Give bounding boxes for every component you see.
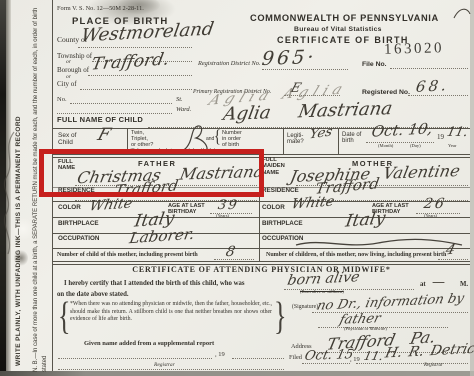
street-no-label: No. <box>57 96 67 103</box>
margin-note-write-plainly: WRITE PLAINLY, WITH UNFADING INK—THIS IS… <box>15 116 22 366</box>
footnote-brace-left: { <box>58 296 70 338</box>
street-label: St. <box>176 96 183 103</box>
children-living-label: Number of children, of this mother, now … <box>266 252 446 258</box>
registrar-label-right: Registrar <box>424 363 443 368</box>
order-brace: { <box>214 128 221 148</box>
children-living-line <box>438 258 468 260</box>
child-number-label: Number of child of this mother, includin… <box>57 252 198 258</box>
day-sublabel: (Day) <box>410 144 421 149</box>
father-age-value: 39 <box>217 199 240 212</box>
pen-mark-top-right <box>452 4 472 22</box>
month-sublabel: (Month) <box>378 144 393 149</box>
registrar-signature-line <box>356 362 468 364</box>
child-number-line <box>214 258 254 260</box>
file-no-label: File No. <box>362 61 387 68</box>
signature-value-line2: father <box>338 312 382 326</box>
mother-age-line <box>416 212 460 214</box>
scan-bottom-edge <box>0 371 474 376</box>
county-value: Westmoreland <box>80 21 215 46</box>
mother-age-value: 26 <box>423 197 447 211</box>
borough-label: Borough of <box>57 67 89 75</box>
blank-date-prefix: , 19 <box>215 351 225 358</box>
father-color-label: COLOR <box>58 205 81 212</box>
township-label: Township of <box>57 53 92 61</box>
mother-birthplace-value: Italy <box>344 210 386 230</box>
column-divider <box>338 128 339 154</box>
certify-text: I hereby certify that I attended the bir… <box>64 280 245 287</box>
filed-year-value: 11. <box>363 350 385 362</box>
child-number-value: 8 <box>225 245 237 259</box>
father-occupation-label: OCCUPATION <box>58 236 99 243</box>
year-sublabel: Year <box>448 144 456 149</box>
m-label: M. <box>460 281 468 288</box>
twin-label: Twin, Triplet, or other? <box>131 130 153 148</box>
legitimate-label: Legiti- mate? <box>287 133 304 146</box>
father-occupation-value: Laborer. <box>128 227 196 246</box>
date-of-birth-line <box>366 141 434 143</box>
child-name-value: Aglia Mastriana <box>222 100 394 124</box>
given-name-note: Given name added from a supplemental rep… <box>84 340 214 347</box>
birth-certificate-scan: WRITE PLAINLY, WITH UNFADING INK—THIS IS… <box>0 0 474 376</box>
signature-label: (Signature) <box>292 304 318 310</box>
physician-title: CERTIFICATE OF ATTENDING PHYSICIAN OR MI… <box>53 266 470 275</box>
born-alive-note: (Born alive or stillborn) <box>300 290 344 295</box>
street-no-line <box>70 102 172 104</box>
mother-maidenname-label: FULL MAIDEN NAME <box>262 157 285 176</box>
filed-value: Oct. 15 <box>303 348 354 363</box>
city-line <box>80 88 192 90</box>
ward-label: Ward. <box>176 106 191 113</box>
blank-date-line <box>58 357 212 359</box>
signature-value-line1: no Dr., information by <box>315 292 465 313</box>
rule <box>53 217 470 218</box>
registrar-label-left: Registrar <box>152 363 177 369</box>
rule <box>53 233 470 234</box>
column-divider <box>283 128 284 154</box>
physician-footnote: *When there was no attending physician o… <box>70 301 272 324</box>
ward-line <box>57 112 172 114</box>
filed-line <box>302 362 350 364</box>
registered-no-label: Registered No. <box>362 89 410 96</box>
signature-line1 <box>312 311 468 313</box>
at-label: at <box>420 281 426 288</box>
order-label: Number in order of birth <box>222 130 242 148</box>
year-prefix: 19 <box>437 134 444 142</box>
date-of-birth-value: Oct. 10, <box>371 121 434 139</box>
rule <box>53 248 470 249</box>
sex-value: F <box>96 127 113 144</box>
father-name-highlight-box <box>39 149 264 197</box>
registration-district-value: 965· <box>261 48 318 69</box>
registration-district-label: Registration District No. <box>198 61 260 68</box>
scan-right-edge <box>470 0 474 376</box>
registered-no-line <box>408 94 468 96</box>
file-no-line <box>390 67 468 69</box>
at-value: — <box>432 276 445 289</box>
mother-color-label: COLOR <box>262 205 285 212</box>
form-number: Form V. S. No. 12—50M 2-28-11. <box>57 6 144 13</box>
bureau-subtitle: Bureau of Vital Statistics <box>294 26 382 33</box>
legitimate-value: Yes <box>308 126 333 142</box>
sex-label: Sex of Child <box>58 132 76 146</box>
date-of-birth-label: Date of birth <box>342 132 361 145</box>
certificate-stamp-number: 163020 <box>384 40 444 58</box>
registrar-signature: H. R. Detrick <box>384 341 474 360</box>
blank-date-line2 <box>232 357 284 359</box>
mother-color-value: White <box>290 195 336 212</box>
borough-value: Trafford. <box>90 51 170 73</box>
filed-label: Filed <box>289 355 302 362</box>
footnote-brace-right: } <box>274 296 286 338</box>
father-color-value: White <box>88 197 134 214</box>
commonwealth-title: COMMONWEALTH OF PENNSYLVANIA <box>250 13 439 23</box>
mother-birthplace-label: BIRTHPLACE <box>262 221 303 228</box>
borough-line <box>88 74 192 76</box>
year-value: 11. <box>446 126 469 139</box>
father-birthplace-label: BIRTHPLACE <box>58 221 99 228</box>
mother-residence-label: RESIDENCE <box>262 188 299 195</box>
county-line <box>78 46 192 48</box>
city-label: City of <box>57 81 77 89</box>
born-alive-value: born alive <box>286 270 361 288</box>
registered-no-value: 68. <box>415 78 450 95</box>
child-name-label: FULL NAME OF CHILD <box>57 116 143 124</box>
